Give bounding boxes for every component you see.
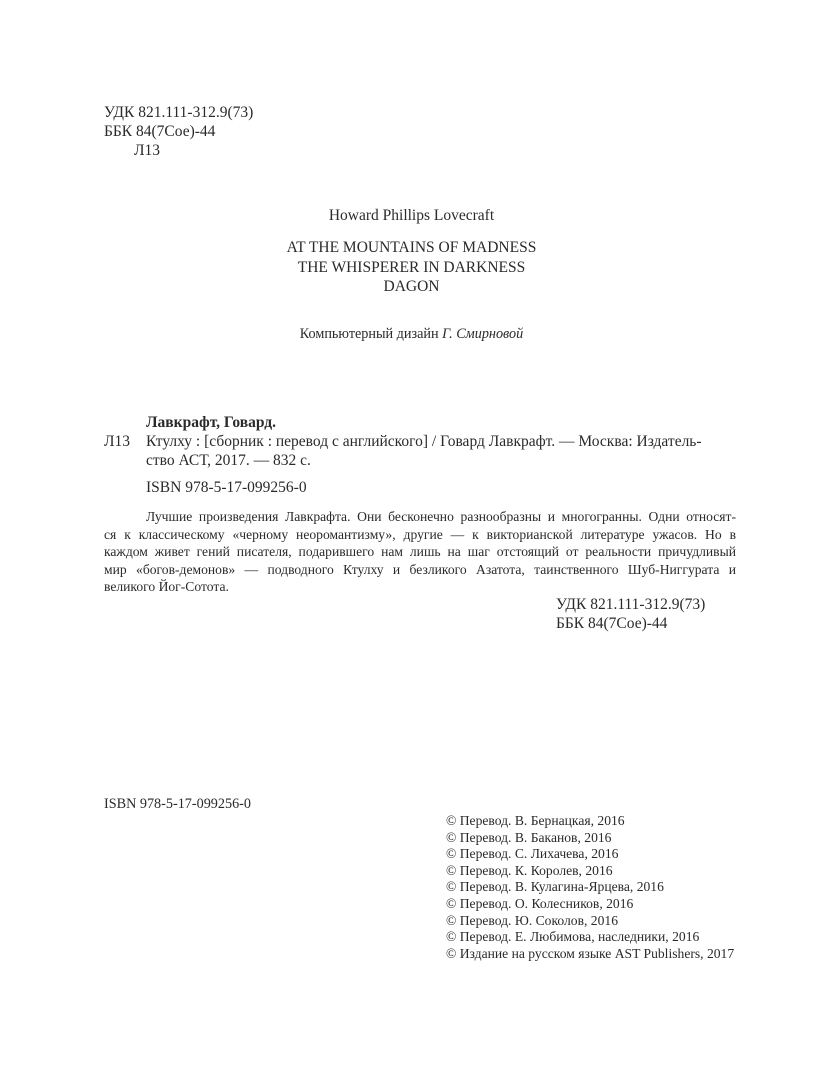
annotation-line: Лучшие произведения Лавкрафта. Они беско… [104, 508, 736, 526]
bbk-code: ББК 84(7Сое)-44 [104, 122, 253, 141]
annotation-line: великого Йог-Сотота. [104, 578, 736, 596]
udk-code: УДК 821.111-312.9(73) [556, 595, 705, 614]
original-author: Howard Phillips Lovecraft [0, 206, 823, 225]
copyright-line: © Перевод. Ю. Соколов, 2016 [446, 912, 734, 929]
copyright-line: © Перевод. В. Баканов, 2016 [446, 829, 734, 846]
annotation: Лучшие произведения Лавкрафта. Они беско… [104, 508, 736, 596]
annotation-line: каждом живет гений писателя, подарившего… [104, 543, 736, 561]
isbn: ISBN 978-5-17-099256-0 [104, 795, 251, 814]
copyright-list: © Перевод. В. Бернацкая, 2016 © Перевод.… [446, 812, 734, 961]
bibliographic-line: Л13Ктулху : [сборник : перевод с английс… [104, 432, 734, 451]
annotation-line: мир «богов-демонов» — подводного Ктулху … [104, 561, 736, 579]
author-heading: Лавкрафт, Говард. [104, 413, 734, 432]
bibliographic-description: Ктулху : [сборник : перевод с английског… [146, 433, 702, 450]
author-code: Л13 [104, 141, 253, 160]
classification-top: УДК 821.111-312.9(73) ББК 84(7Сое)-44 Л1… [104, 103, 253, 160]
original-title: THE WHISPERER IN DARKNESS [0, 258, 823, 278]
copyright-line: © Перевод. В. Кулагина-Ярцева, 2016 [446, 878, 734, 895]
copyright-line: © Перевод. В. Бернацкая, 2016 [446, 812, 734, 829]
annotation-line: ся к классическому «черному неоромантизм… [104, 526, 736, 544]
copyright-line: © Перевод. С. Лихачева, 2016 [446, 845, 734, 862]
design-credit-label: Компьютерный дизайн [300, 326, 439, 342]
bibliographic-record: Лавкрафт, Говард. Л13Ктулху : [сборник :… [104, 413, 734, 497]
classification-bottom: УДК 821.111-312.9(73) ББК 84(7Сое)-44 [556, 595, 705, 633]
copyright-line: © Перевод. О. Колесников, 2016 [446, 895, 734, 912]
bibliographic-line-continued: ство АСТ, 2017. — 832 с. [104, 451, 734, 470]
bibliographic-isbn: ISBN 978-5-17-099256-0 [104, 478, 734, 497]
original-titles: AT THE MOUNTAINS OF MADNESS THE WHISPERE… [0, 238, 823, 297]
bbk-code: ББК 84(7Сое)-44 [556, 614, 705, 633]
design-credit: Компьютерный дизайн Г. Смирновой [0, 325, 823, 344]
original-title: AT THE MOUNTAINS OF MADNESS [0, 238, 823, 258]
copyright-line: © Перевод. Е. Любимова, наследники, 2016 [446, 928, 734, 945]
bibliographic-author-code: Л13 [104, 432, 146, 451]
design-credit-name: Г. Смирновой [442, 326, 523, 342]
copyright-line: © Издание на русском языке AST Publisher… [446, 945, 734, 962]
copyright-line: © Перевод. К. Королев, 2016 [446, 862, 734, 879]
original-title: DAGON [0, 277, 823, 297]
udk-code: УДК 821.111-312.9(73) [104, 103, 253, 122]
